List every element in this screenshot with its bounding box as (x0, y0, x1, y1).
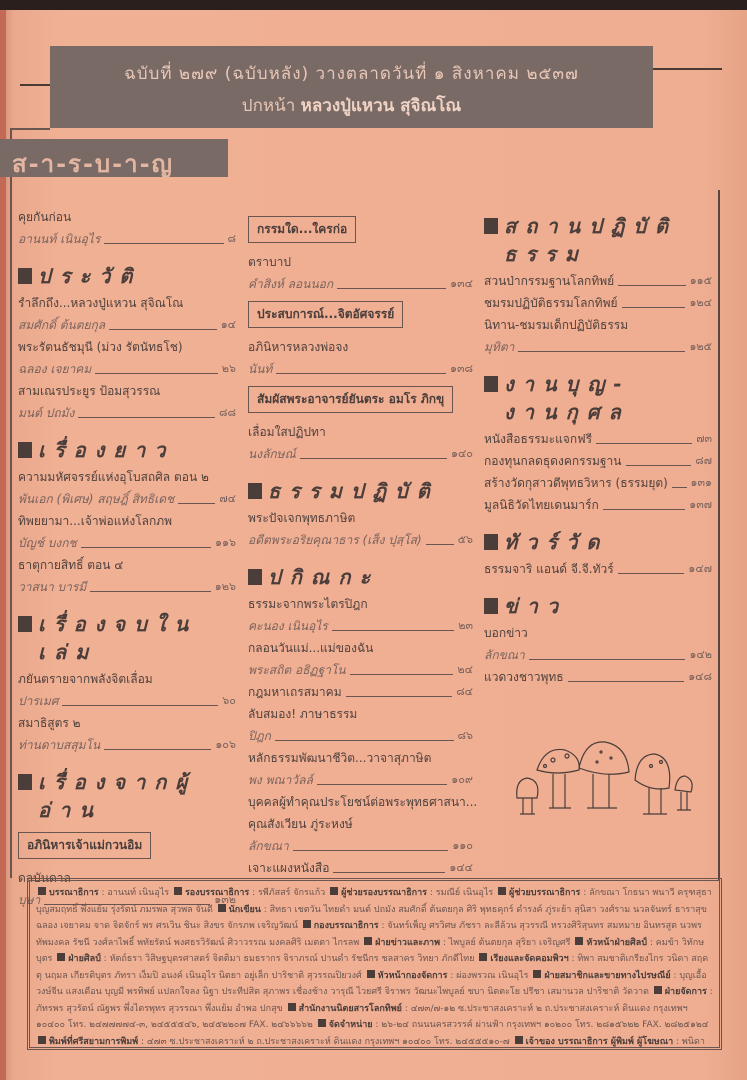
toc-entry[interactable]: หนังสือธรรมะแจกฟรี๗๓ (484, 428, 712, 450)
credit-text: : ผ่องพรวณ เนินอุไร (447, 971, 531, 981)
bullet-square-icon (38, 1036, 46, 1044)
page-number: ๘๖ (458, 725, 473, 747)
section-heading-text: เรื่องจากผู้อ่าน (38, 768, 236, 824)
toc-column-2: กรรมใด...ใครก่อตราบาปคำสิงห์ ลอนนอก๑๓๔ปร… (248, 210, 473, 879)
toc-entry[interactable]: วาสนา บารมี๑๒๖ (18, 576, 236, 598)
masthead-rule-left (20, 84, 52, 86)
dot-leader (622, 307, 686, 308)
page-number: ๗๔ (219, 488, 236, 510)
toc-entry[interactable]: ฉลอง เจยาคม๒๖ (18, 358, 236, 380)
dot-leader (300, 458, 447, 459)
credit-label: หัวหน้ากองจัดการ (378, 971, 448, 981)
article-author: พง พณาวัลล์ (248, 769, 313, 791)
page-number: ๑๔๗ (688, 558, 712, 580)
credit-label: ฝ่ายศิลป์ (68, 954, 101, 964)
dot-leader (618, 285, 686, 286)
bullet-square-icon (575, 937, 583, 945)
dot-leader (178, 503, 215, 504)
credit-text: : อานนท์ เนินอุไร (99, 888, 172, 898)
page-number: ๘ (228, 228, 237, 250)
toc-entry[interactable]: กองทุนกลดธุดงคกรรมฐาน๘๗ (484, 450, 712, 472)
dot-leader (350, 674, 454, 675)
toc-entry[interactable]: อานนท์ เนินอุไร๘ (18, 228, 236, 250)
page-number: ๑๓๑ (691, 472, 712, 494)
cover-line: ปกหน้า หลวงปู่แหวน สุจิณโณ (50, 92, 653, 119)
credit-label: รองบรรณาธิการ (185, 888, 249, 898)
credit-label: ฝ่ายสมาชิกและขายทางไปรษณีย์ (544, 971, 670, 981)
credit-label: หัวหน้าฝ่ายศิลป์ (586, 938, 647, 948)
article-author: คำสิงห์ ลอนนอก (248, 273, 333, 295)
article-title[interactable]: ความมหัศจรรย์แห่งอุโบสถศิล ตอน ๒ (18, 466, 236, 488)
page-number: ๑๑๕ (690, 270, 712, 292)
bullet-square-icon (174, 887, 182, 895)
page-number: ๑๒๔ (689, 292, 712, 314)
section-heading-text: เรื่องยาว (38, 436, 175, 464)
article-title[interactable]: สมาธิสูตร ๒ (18, 712, 236, 734)
toc-entry[interactable]: คะนอง เนินอุไร๒๓ (248, 615, 473, 637)
page-number: ๑๒๕ (689, 336, 712, 358)
bullet-square-icon (498, 887, 506, 895)
bullet-square-icon (18, 268, 32, 284)
bullet-square-icon (479, 953, 487, 961)
dot-leader (333, 872, 445, 873)
toc-entry[interactable]: มุทิตา๑๒๕ (484, 336, 712, 358)
dot-leader (95, 373, 218, 374)
credits-box: บรรณาธิการ : อานนท์ เนินอุไร รองบรรณาธิก… (27, 878, 722, 1050)
credit-text: : รมณีย์ เนินอุไร (427, 888, 496, 898)
toc-entry[interactable]: พง พณาวัลล์๑๐๙ (248, 769, 473, 791)
article-title[interactable]: นิทาน-ชมรมเด็กปฏิบัติธรรม (484, 314, 712, 336)
dot-leader (603, 509, 685, 510)
bullet-square-icon (533, 970, 541, 978)
credit-label: บรรณาธิการ (49, 888, 99, 898)
dot-leader (626, 465, 692, 466)
toc-entry[interactable]: อดีตพระอริยคุณาธาร (เส็ง ปุสฺโส)๕๖ (248, 529, 473, 551)
article-author: อดีตพระอริยคุณาธาร (เส็ง ปุสฺโส) (248, 529, 422, 551)
article-title[interactable]: ตราบาป (248, 251, 473, 273)
page-number: ๗๓ (696, 428, 712, 450)
frame-top-rule (10, 128, 50, 130)
credit-item: ผู้ช่วยรองบรรณาธิการ : รมณีย์ เนินอุไร (328, 888, 496, 898)
article-title[interactable]: บอกข่าว (484, 622, 712, 644)
page-number: ๘๘ (219, 402, 236, 424)
article-author: สมศักดิ์ ต้นตยกุล (18, 314, 105, 336)
boxed-subheading: กรรมใด...ใครก่อ (248, 216, 356, 243)
credit-label: กองบรรณาธิการ (314, 921, 379, 931)
frame-left-rule (10, 128, 12, 878)
article-title[interactable]: แวดวงชาวพุทธ (484, 666, 564, 688)
page-number: ๑๔๘ (688, 666, 712, 688)
page-number: ๒๖ (222, 358, 236, 380)
toc-entry[interactable]: คำสิงห์ ลอนนอก๑๓๔ (248, 273, 473, 295)
page-number: ๘๗ (695, 450, 712, 472)
article-title[interactable]: คุยกันก่อน (18, 206, 236, 228)
credit-label: เรียงและจัดคอมพิวฯ (490, 954, 568, 964)
article-title[interactable]: คุณสังเวียน ภู่ระหงษ์ (248, 813, 473, 835)
credit-text: : รพีภัสสร์ จักรแก้ว (249, 888, 328, 898)
section-heading: ประวัติ (18, 262, 236, 290)
article-author: ท่านดาบสสุมโน (18, 734, 100, 756)
page-number: ๑๐๖ (215, 734, 236, 756)
credit-item: พิมพ์ที่ศรีสยามการพิมพ์ : ๔๗๓ ซ.ประชาสงเ… (36, 1037, 513, 1047)
page-number: ๑๓๔ (450, 273, 473, 295)
dot-leader (104, 749, 211, 750)
article-author: ลักขณา (484, 644, 525, 666)
dot-leader (104, 243, 223, 244)
bullet-square-icon (18, 616, 32, 632)
bullet-square-icon (484, 218, 498, 234)
article-title[interactable]: รำลึกถึง...หลวงปู่แหวน สุจิณโณ (18, 292, 236, 314)
article-author: บัญช์ บงกช (18, 532, 77, 554)
article-author: นันท์ (248, 358, 272, 380)
dot-leader (346, 696, 453, 697)
dot-leader (518, 351, 685, 352)
credit-item: หัวหน้ากองจัดการ : ผ่องพรวณ เนินอุไร (365, 971, 532, 981)
section-heading-text: ปกิณกะ (268, 563, 379, 591)
toc-entry[interactable]: มูลนิธิวัดไทยเดนมาร์ก๑๓๗ (484, 494, 712, 516)
credit-label: นักเขียน (229, 905, 261, 915)
dot-leader (109, 329, 217, 330)
page-top-edge (0, 0, 747, 10)
bullet-square-icon (515, 1036, 523, 1044)
section-heading: ปกิณกะ (248, 563, 473, 591)
section-heading-text: งานบุญ- งานกุศล (504, 370, 631, 426)
article-author: วาสนา บารมี (18, 576, 86, 598)
section-heading-text: เรื่องจบในเล่ม (38, 610, 236, 666)
section-heading: ธรรมปฏิบัติ (248, 477, 473, 505)
article-author: ฉลอง เจยาคม (18, 358, 91, 380)
article-title[interactable]: ภยันตรายจากพลังจิตเลื่อม (18, 668, 236, 690)
toc-entry[interactable]: ชมรมปฏิบัติธรรมโลกทิพย์๑๒๔ (484, 292, 712, 314)
section-heading: ข่าว (484, 592, 712, 620)
section-heading-text: สถานปฏิบัติ ธรรม (504, 212, 677, 268)
article-author: คะนอง เนินอุไร (248, 615, 328, 637)
dot-leader (529, 659, 686, 660)
article-title[interactable]: เจาะแผงหนังสือ (248, 857, 329, 879)
article-title[interactable]: กองทุนกลดธุดงคกรรมฐาน (484, 450, 622, 472)
section-heading-text: ข่าว (504, 592, 567, 620)
article-title[interactable]: ลับสมอง! ภาษาธรรม (248, 703, 473, 725)
section-heading-text: ทัวร์วัด (504, 528, 608, 556)
article-title[interactable]: สร้างวัดกุสาวดีพุทธวิหาร (ธรรมยุต) (484, 472, 668, 494)
article-title[interactable]: หลักธรรมพัฒนาชีวิต...วาจาสุภาษิต (248, 747, 473, 769)
credit-label: ผู้ช่วยบรรณาธิการ (509, 888, 580, 898)
bullet-square-icon (218, 904, 226, 912)
dot-leader (90, 591, 211, 592)
page-number: ๑๑๖ (215, 532, 236, 554)
page-number: ๑๓๘ (450, 358, 473, 380)
dot-leader (78, 417, 215, 418)
toc-entry[interactable]: ท่านดาบสสุมโน๑๐๖ (18, 734, 236, 756)
toc-title: ส-า-ร-บ-า-ญ (0, 139, 228, 177)
page-number: ๒๔ (457, 659, 473, 681)
toc-entry[interactable]: ลักขณา๑๑๐ (248, 835, 473, 857)
bullet-square-icon (654, 986, 662, 994)
article-author: พันเอก (พิเศษ) สฤษฎิ์ สิทธิเดช (18, 488, 174, 510)
boxed-subheading: ประสบการณ์...จิตอัศจรรย์ (248, 301, 403, 328)
toc-entry[interactable]: ปิฎก๘๖ (248, 725, 473, 747)
credit-label: ฝ่ายข่าวและภาพ (375, 938, 440, 948)
bullet-square-icon (364, 937, 372, 945)
credit-text: : ๔๗๓ ซ.ประชาสงเคราะห์ ๒ ถ.ประชาสงเคราะห… (138, 1037, 512, 1047)
issue-line: ฉบับที่ ๒๗๙ (ฉบับหลัง) วางตลาดวันที่ ๑ ส… (50, 60, 653, 86)
toc-entry[interactable]: พระสถิต อธิฏฐาโน๒๔ (248, 659, 473, 681)
section-heading: งานบุญ- งานกุศล (484, 370, 712, 426)
article-author: พระสถิต อธิฏฐาโน (248, 659, 346, 681)
section-heading: ทัวร์วัด (484, 528, 712, 556)
article-author: ลักขณา (248, 835, 289, 857)
credit-item: ฝ่ายข่าวและภาพ : ไพบูลย์ ต้นตยกุล สุริยา… (362, 938, 573, 948)
section-heading: เรื่องจบในเล่ม (18, 610, 236, 666)
article-title[interactable]: กฎมหาเถรสมาคม (248, 681, 342, 703)
bullet-square-icon (484, 598, 498, 614)
credit-label: จัดจำหน่าย (329, 1020, 373, 1030)
credit-item: บรรณาธิการ : อานนท์ เนินอุไร (36, 888, 172, 898)
toc-entry[interactable]: สวนป่ากรรมฐานโลกทิพย์๑๑๕ (484, 270, 712, 292)
article-title[interactable]: อภินิหารหลวงพ่อจง (248, 336, 473, 358)
article-title[interactable]: ทิพยยามา...เจ้าพ่อแห่งโลกภพ (18, 510, 236, 532)
article-author: นงลักษณ์ (248, 443, 296, 465)
article-author: ปิฎก (248, 725, 271, 747)
article-title[interactable]: ธรรมจาริ แอนด์ จี.จี.ทัวร์ (484, 558, 614, 580)
dot-leader (276, 373, 446, 374)
frame-right-rule (718, 190, 720, 880)
article-title[interactable]: กลอนวันแม่...แม่ของฉัน (248, 637, 473, 659)
toc-entry[interactable]: ปารเมศ๖๐ (18, 690, 236, 712)
section-heading: สถานปฏิบัติ ธรรม (484, 212, 712, 268)
page-number: ๘๔ (456, 681, 473, 703)
credit-text: : ๒๖-๒๔ ถนนนครสวรรค์ ผ่านฟ้า กรุงเทพฯ ๑๐… (373, 1020, 709, 1030)
toc-column-1: คุยกันก่อนอานนท์ เนินอุไร๘ประวัติรำลึกถึ… (18, 206, 236, 911)
bullet-square-icon (38, 887, 46, 895)
page-number: ๑๒๖ (215, 576, 236, 598)
toc-entry[interactable]: นันท์๑๓๘ (248, 358, 473, 380)
page-number: ๖๐ (222, 690, 236, 712)
credit-text: : หัตถ์ธรา วิสิษฐบุตรศาสตร์ จิตติมา ธมธร… (101, 954, 478, 964)
cover-label: ปกหน้า (242, 96, 295, 116)
page-number: ๑๓๗ (689, 494, 712, 516)
dot-leader (81, 547, 211, 548)
bullet-square-icon (248, 483, 262, 499)
toc-entry[interactable]: แวดวงชาวพุทธ๑๔๘ (484, 666, 712, 688)
toc-entry[interactable]: มนต์ ปถมัง๘๘ (18, 402, 236, 424)
article-title[interactable]: พระปัจเจกพุทธภาษิต (248, 507, 473, 529)
section-heading: เรื่องยาว (18, 436, 236, 464)
masthead-rule-right (652, 68, 722, 70)
dot-leader (426, 544, 454, 545)
bullet-square-icon (18, 774, 32, 790)
toc-entry[interactable]: บัญช์ บงกช๑๑๖ (18, 532, 236, 554)
article-title[interactable]: ธรรมะจากพระไตรปิฎก (248, 593, 473, 615)
dot-leader (618, 573, 685, 574)
article-title[interactable]: สวนป่ากรรมฐานโลกทิพย์ (484, 270, 614, 292)
dot-leader (62, 705, 218, 706)
mushrooms-illustration (505, 730, 695, 820)
article-title[interactable]: หนังสือธรรมะแจกฟรี (484, 428, 592, 450)
article-title[interactable]: ชมรมปฏิบัติธรรมโลกทิพย์ (484, 292, 618, 314)
section-heading: เรื่องจากผู้อ่าน (18, 768, 236, 824)
article-title[interactable]: พระรัตนธัชมุนี (ม่วง รัตนัทธโช) (18, 336, 236, 358)
toc-entry[interactable]: เจาะแผงหนังสือ๑๔๔ (248, 857, 473, 879)
bullet-square-icon (484, 534, 498, 550)
credit-label: ผู้ช่วยรองบรรณาธิการ (341, 888, 427, 898)
bullet-square-icon (288, 1003, 296, 1011)
credit-label: ฝ่ายจัดการ (665, 987, 707, 997)
dot-leader (293, 850, 449, 851)
toc-entry[interactable]: พันเอก (พิเศษ) สฤษฎิ์ สิทธิเดช๗๔ (18, 488, 236, 510)
dot-leader (568, 681, 685, 682)
section-heading-text: ประวัติ (38, 262, 141, 290)
toc-entry[interactable]: สมศักดิ์ ต้นตยกุล๑๔ (18, 314, 236, 336)
dot-leader (596, 443, 692, 444)
dot-leader (672, 487, 687, 488)
toc-entry[interactable]: สร้างวัดกุสาวดีพุทธวิหาร (ธรรมยุต)๑๓๑ (484, 472, 712, 494)
page-number: ๑๐๙ (451, 769, 473, 791)
bullet-square-icon (318, 1019, 326, 1027)
masthead-banner: ฉบับที่ ๒๗๙ (ฉบับหลัง) วางตลาดวันที่ ๑ ส… (50, 46, 653, 128)
toc-entry[interactable]: นงลักษณ์๑๔๐ (248, 443, 473, 465)
article-title[interactable]: เลื่อมใสปฏิปทา (248, 421, 473, 443)
article-author: มนต์ ปถมัง (18, 402, 74, 424)
bullet-square-icon (248, 569, 262, 585)
article-author: ปารเมศ (18, 690, 58, 712)
credit-item: รองบรรณาธิการ : รพีภัสสร์ จักรแก้ว (172, 888, 328, 898)
page-number: ๕๖ (458, 529, 473, 551)
credit-text: : ไพบูลย์ ต้นตยกุล สุริยา เจริญศรี (440, 938, 573, 948)
page-number: ๑๔๔ (449, 857, 473, 879)
dot-leader (337, 288, 446, 289)
toc-column-3: สถานปฏิบัติ ธรรมสวนป่ากรรมฐานโลกทิพย์๑๑๕… (484, 200, 712, 688)
credit-label: เจ้าของ บรรณาธิการ ผู้พิมพ์ ผู้โฆษณา (526, 1037, 674, 1047)
credit-item: ฝ่ายศิลป์ : หัตถ์ธรา วิสิษฐบุตรศาสตร์ จิ… (55, 954, 477, 964)
page-number: ๑๔๒ (689, 644, 712, 666)
toc-entry[interactable]: ธรรมจาริ แอนด์ จี.จี.ทัวร์๑๔๗ (484, 558, 712, 580)
dot-leader (332, 630, 454, 631)
credit-label: สำนักงานนิตยสารโลกทิพย์ (299, 1004, 402, 1014)
boxed-subheading: สัมผัสพระอาจารย์ยันตระ อมโร ภิกขุ (248, 386, 453, 413)
bullet-square-icon (330, 887, 338, 895)
page-number: ๑๑๐ (452, 835, 473, 857)
dot-leader (275, 740, 454, 741)
article-title[interactable]: ธาตุกายสิทธิ์ ตอน ๔ (18, 554, 236, 576)
credit-item: จัดจำหน่าย : ๒๖-๒๔ ถนนนครสวรรค์ ผ่านฟ้า … (316, 1020, 709, 1030)
cover-name: หลวงปู่แหวน สุจิณโณ (301, 96, 462, 116)
page-number: ๑๔ (221, 314, 236, 336)
bullet-square-icon (367, 970, 375, 978)
article-author: อานนท์ เนินอุไร (18, 228, 100, 250)
dot-leader (317, 784, 447, 785)
section-heading-text: ธรรมปฏิบัติ (268, 477, 439, 505)
toc-entry[interactable]: ลักขณา๑๔๒ (484, 644, 712, 666)
page-number: ๒๓ (458, 615, 473, 637)
article-title[interactable]: บุคคลผู้ทำคุณประโยชน์ต่อพระพุทธศาสนา... (248, 791, 473, 813)
bullet-square-icon (484, 376, 498, 392)
toc-entry[interactable]: กฎมหาเถรสมาคม๘๔ (248, 681, 473, 703)
article-title[interactable]: สามเณรประยูร ป้อมสุวรรณ (18, 380, 236, 402)
magazine-page: ฉบับที่ ๒๗๙ (ฉบับหลัง) วางตลาดวันที่ ๑ ส… (0, 0, 747, 1080)
credit-label: พิมพ์ที่ศรีสยามการพิมพ์ (49, 1037, 138, 1047)
article-author: มุทิตา (484, 336, 514, 358)
page-number: ๑๔๐ (451, 443, 473, 465)
bullet-square-icon (57, 953, 65, 961)
boxed-subheading: อภินิหารเจ้าแม่กวนอิม (18, 832, 151, 859)
bullet-square-icon (303, 920, 311, 928)
bullet-square-icon (18, 442, 32, 458)
article-title[interactable]: มูลนิธิวัดไทยเดนมาร์ก (484, 494, 599, 516)
